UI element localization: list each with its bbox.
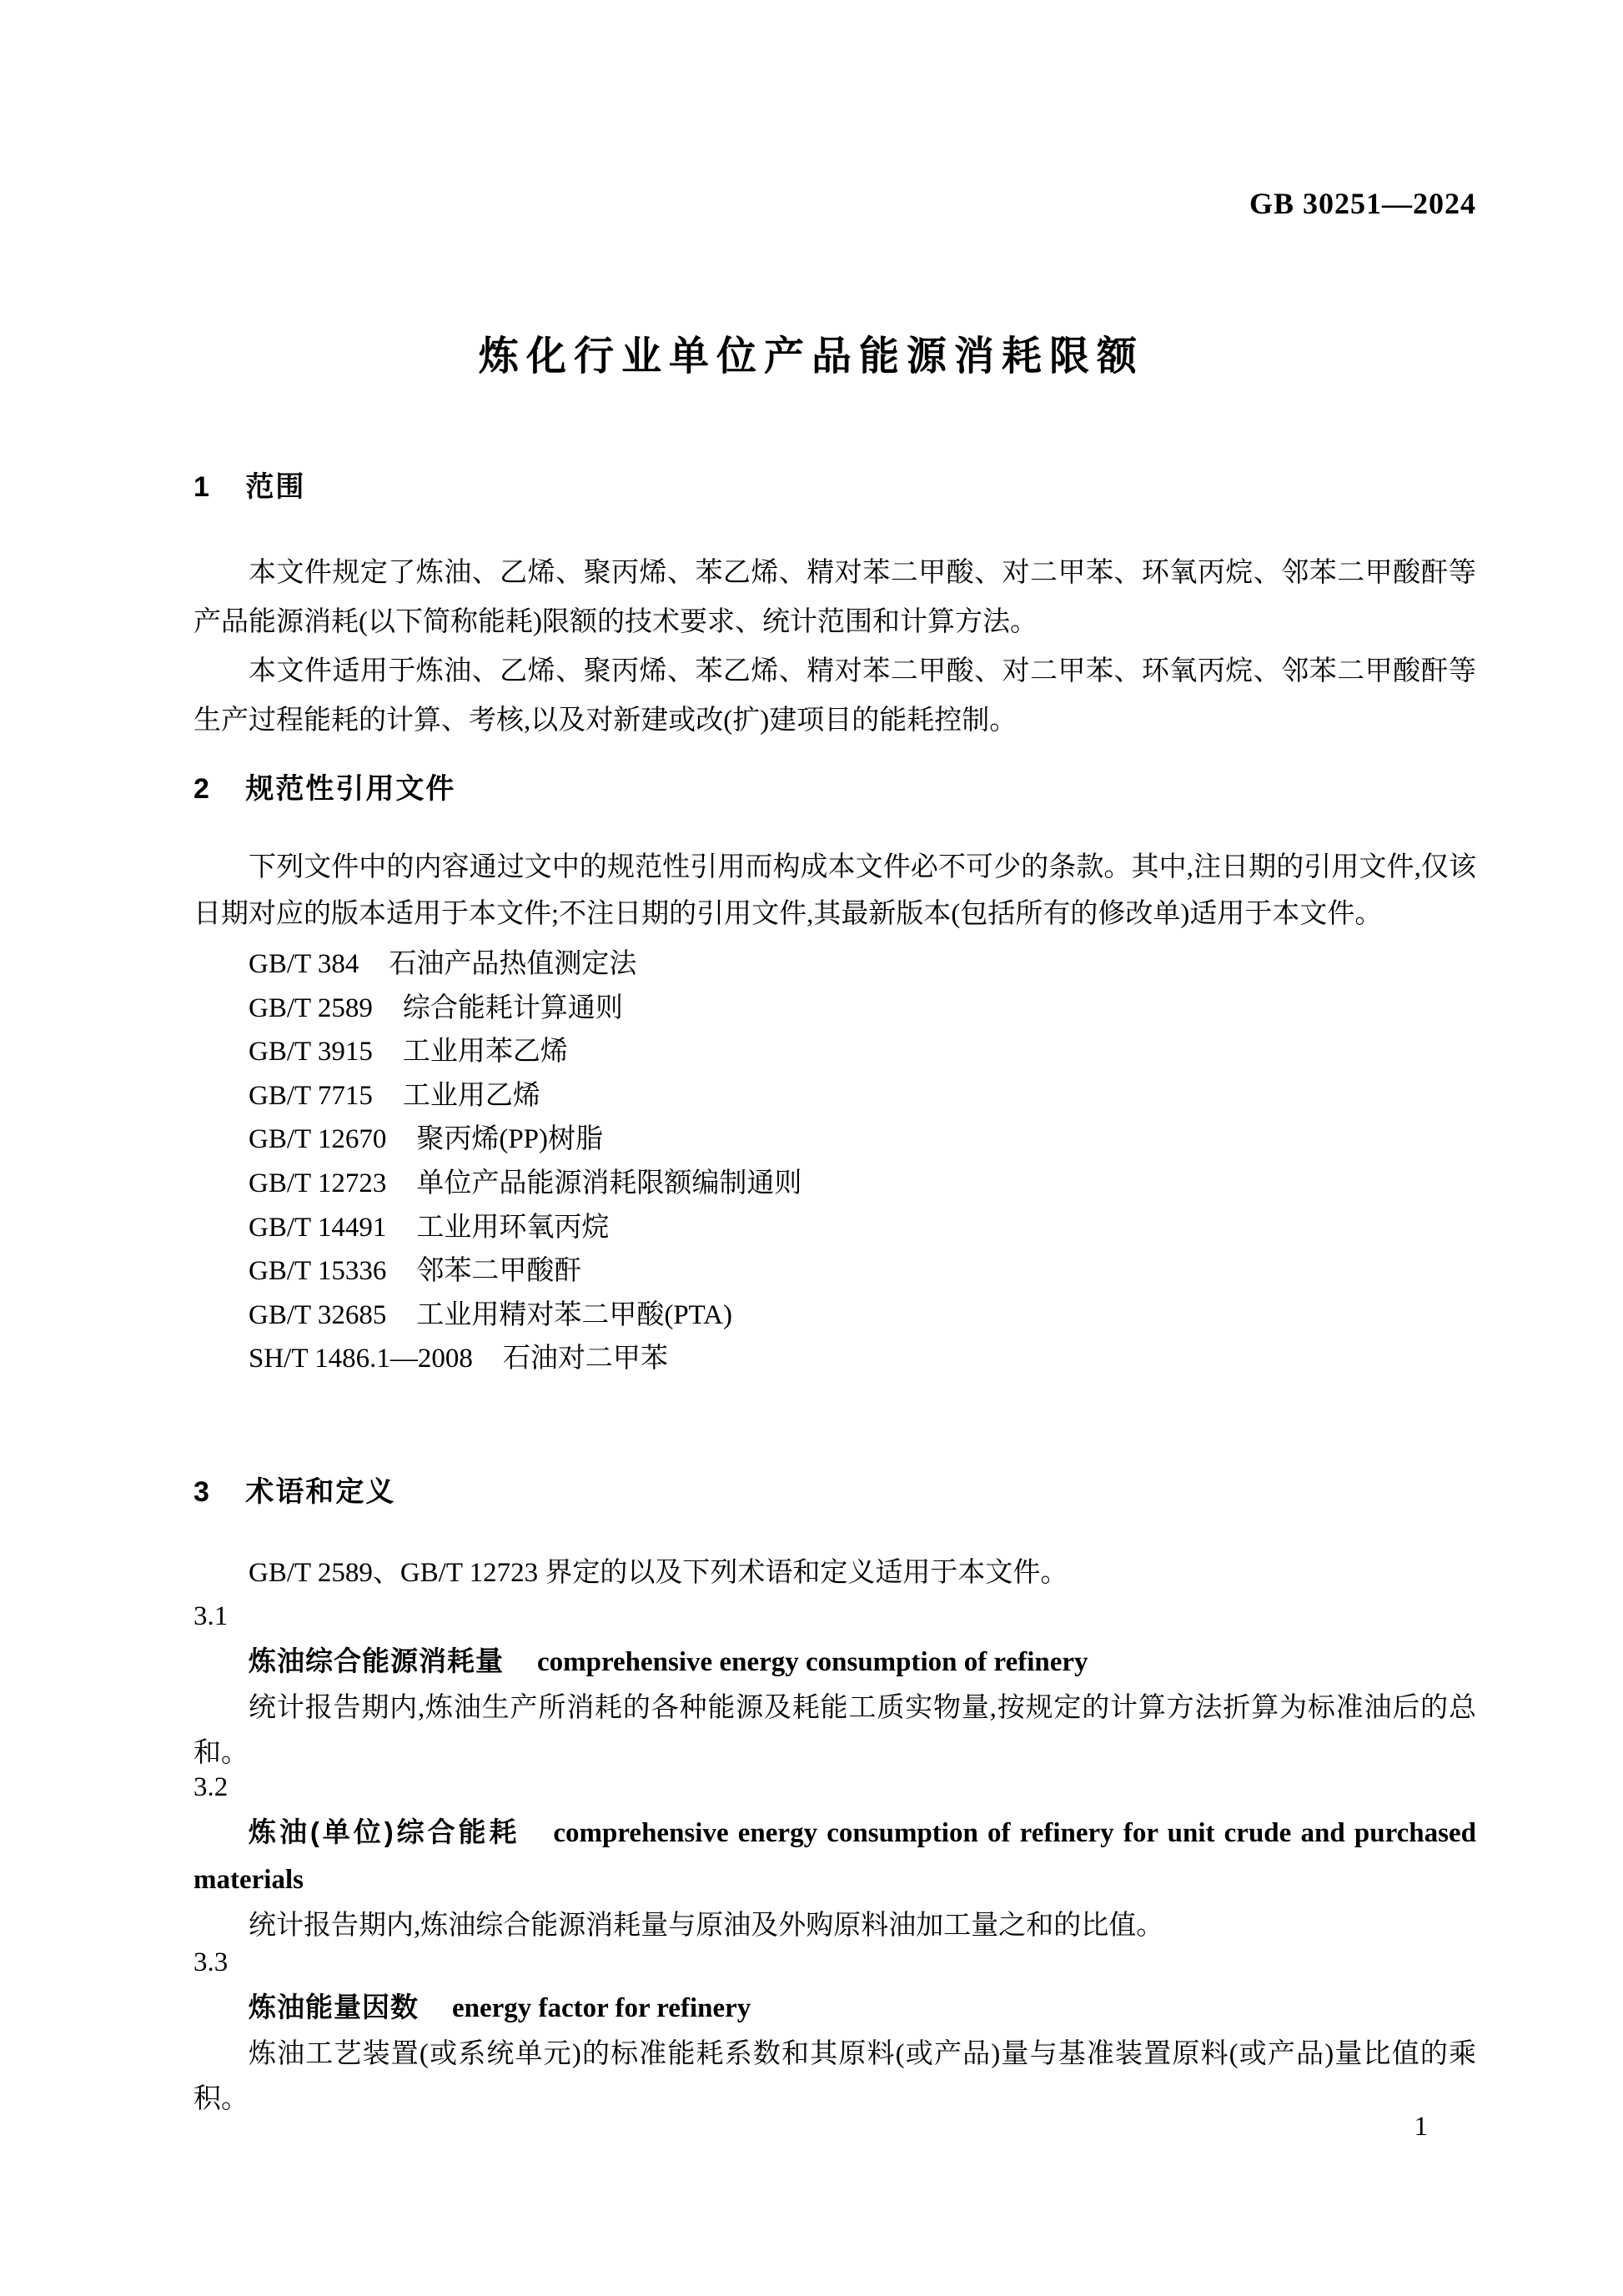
reference-title: 综合能耗计算通则 — [403, 993, 623, 1023]
term-name-zh: 炼油综合能源消耗量 — [249, 1645, 504, 1676]
reference-item: GB/T 12723单位产品能源消耗限额编制通则 — [249, 1162, 1476, 1206]
term-name-zh: 炼油(单位)综合能耗 — [249, 1816, 520, 1847]
reference-title: 聚丙烯(PP)树脂 — [416, 1124, 603, 1154]
scope-paragraph: 本文件适用于炼油、乙烯、聚丙烯、苯乙烯、精对苯二甲酸、对二甲苯、环氧丙烷、邻苯二… — [193, 647, 1476, 746]
term-number: 3.2 — [193, 1766, 1476, 1809]
section-heading-terms: 3 术语和定义 — [193, 1475, 1476, 1510]
reference-code: GB/T 384 — [249, 949, 359, 979]
term-entry: 3.3 炼油能量因数energy factor for refinery 炼油工… — [193, 1941, 1476, 2122]
references-intro: 下列文件中的内容通过文中的规范性引用而构成本文件必不可少的条款。其中,注日期的引… — [193, 844, 1476, 937]
term-heading: 炼油综合能源消耗量comprehensive energy consumptio… — [193, 1638, 1476, 1686]
reference-item: GB/T 15336邻苯二甲酸酐 — [249, 1249, 1476, 1294]
section-heading-scope: 1 范围 — [193, 470, 1476, 505]
reference-item: GB/T 384石油产品热值测定法 — [249, 942, 1476, 987]
section-title: 范围 — [245, 471, 305, 503]
standard-code: GB 30251—2024 — [193, 187, 1476, 220]
reference-title: 石油对二甲苯 — [503, 1344, 668, 1374]
document-title: 炼化行业单位产品能源消耗限额 — [0, 334, 1623, 380]
reference-code: GB/T 15336 — [249, 1256, 386, 1286]
reference-item: GB/T 2589综合能耗计算通则 — [249, 987, 1476, 1031]
document-page: GB 30251—2024 炼化行业单位产品能源消耗限额 1 范围 本文件规定了… — [0, 0, 1623, 2296]
reference-title: 邻苯二甲酸酐 — [416, 1256, 581, 1286]
term-heading: 炼油(单位)综合能耗comprehensive energy consumpti… — [193, 1809, 1476, 1903]
reference-title: 石油产品热值测定法 — [389, 949, 636, 979]
term-name-en: energy factor for refinery — [452, 1993, 751, 2023]
term-entry: 3.1 炼油综合能源消耗量comprehensive energy consum… — [193, 1595, 1476, 1776]
reference-title: 工业用乙烯 — [403, 1081, 540, 1111]
reference-code: GB/T 12670 — [249, 1124, 386, 1154]
scope-paragraph: 本文件规定了炼油、乙烯、聚丙烯、苯乙烯、精对苯二甲酸、对二甲苯、环氧丙烷、邻苯二… — [193, 549, 1476, 647]
reference-item: GB/T 12670聚丙烯(PP)树脂 — [249, 1118, 1476, 1162]
page-number: 1 — [193, 2110, 1476, 2143]
term-entry: 3.2 炼油(单位)综合能耗comprehensive energy consu… — [193, 1766, 1476, 1948]
reference-title: 工业用精对苯二甲酸(PTA) — [416, 1300, 732, 1330]
reference-code: GB/T 32685 — [249, 1300, 386, 1330]
reference-title: 单位产品能源消耗限额编制通则 — [416, 1168, 801, 1198]
section-number: 2 — [193, 773, 209, 805]
term-heading: 炼油能量因数energy factor for refinery — [193, 1984, 1476, 2032]
section-scope: 1 范围 本文件规定了炼油、乙烯、聚丙烯、苯乙烯、精对苯二甲酸、对二甲苯、环氧丙… — [193, 470, 1476, 746]
terms-intro: GB/T 2589、GB/T 12723 界定的以及下列术语和定义适用于本文件。 — [193, 1551, 1476, 1595]
term-number: 3.3 — [193, 1941, 1476, 1984]
reference-item: SH/T 1486.1—2008石油对二甲苯 — [249, 1337, 1476, 1381]
reference-code: GB/T 2589 — [249, 993, 373, 1023]
term-name-en: comprehensive energy consumption of refi… — [537, 1647, 1088, 1677]
reference-item: GB/T 3915工业用苯乙烯 — [249, 1030, 1476, 1074]
reference-item: GB/T 32685工业用精对苯二甲酸(PTA) — [249, 1294, 1476, 1338]
reference-code: GB/T 14491 — [249, 1213, 386, 1243]
reference-code: GB/T 12723 — [249, 1168, 386, 1198]
reference-list: GB/T 384石油产品热值测定法 GB/T 2589综合能耗计算通则 GB/T… — [193, 942, 1476, 1381]
reference-title: 工业用环氧丙烷 — [416, 1213, 609, 1243]
reference-code: GB/T 7715 — [249, 1081, 373, 1111]
term-definition: 炼油工艺装置(或系统单元)的标准能耗系数和其原料(或产品)量与基准装置原料(或产… — [193, 2032, 1476, 2122]
section-terms-definitions: 3 术语和定义 GB/T 2589、GB/T 12723 界定的以及下列术语和定… — [193, 1475, 1476, 1595]
section-title: 规范性引用文件 — [245, 773, 455, 805]
section-number: 1 — [193, 471, 209, 503]
term-number: 3.1 — [193, 1595, 1476, 1638]
term-name-zh: 炼油能量因数 — [249, 1992, 419, 2022]
section-title: 术语和定义 — [245, 1476, 395, 1508]
reference-item: GB/T 7715工业用乙烯 — [249, 1074, 1476, 1118]
reference-item: GB/T 14491工业用环氧丙烷 — [249, 1206, 1476, 1250]
reference-code: SH/T 1486.1—2008 — [249, 1344, 473, 1374]
reference-title: 工业用苯乙烯 — [403, 1037, 568, 1067]
section-normative-references: 2 规范性引用文件 下列文件中的内容通过文中的规范性引用而构成本文件必不可少的条… — [193, 771, 1476, 1381]
section-number: 3 — [193, 1476, 209, 1508]
section-heading-references: 2 规范性引用文件 — [193, 771, 1476, 806]
reference-code: GB/T 3915 — [249, 1037, 373, 1067]
term-definition: 统计报告期内,炼油生产所消耗的各种能源及耗能工质实物量,按规定的计算方法折算为标… — [193, 1686, 1476, 1776]
